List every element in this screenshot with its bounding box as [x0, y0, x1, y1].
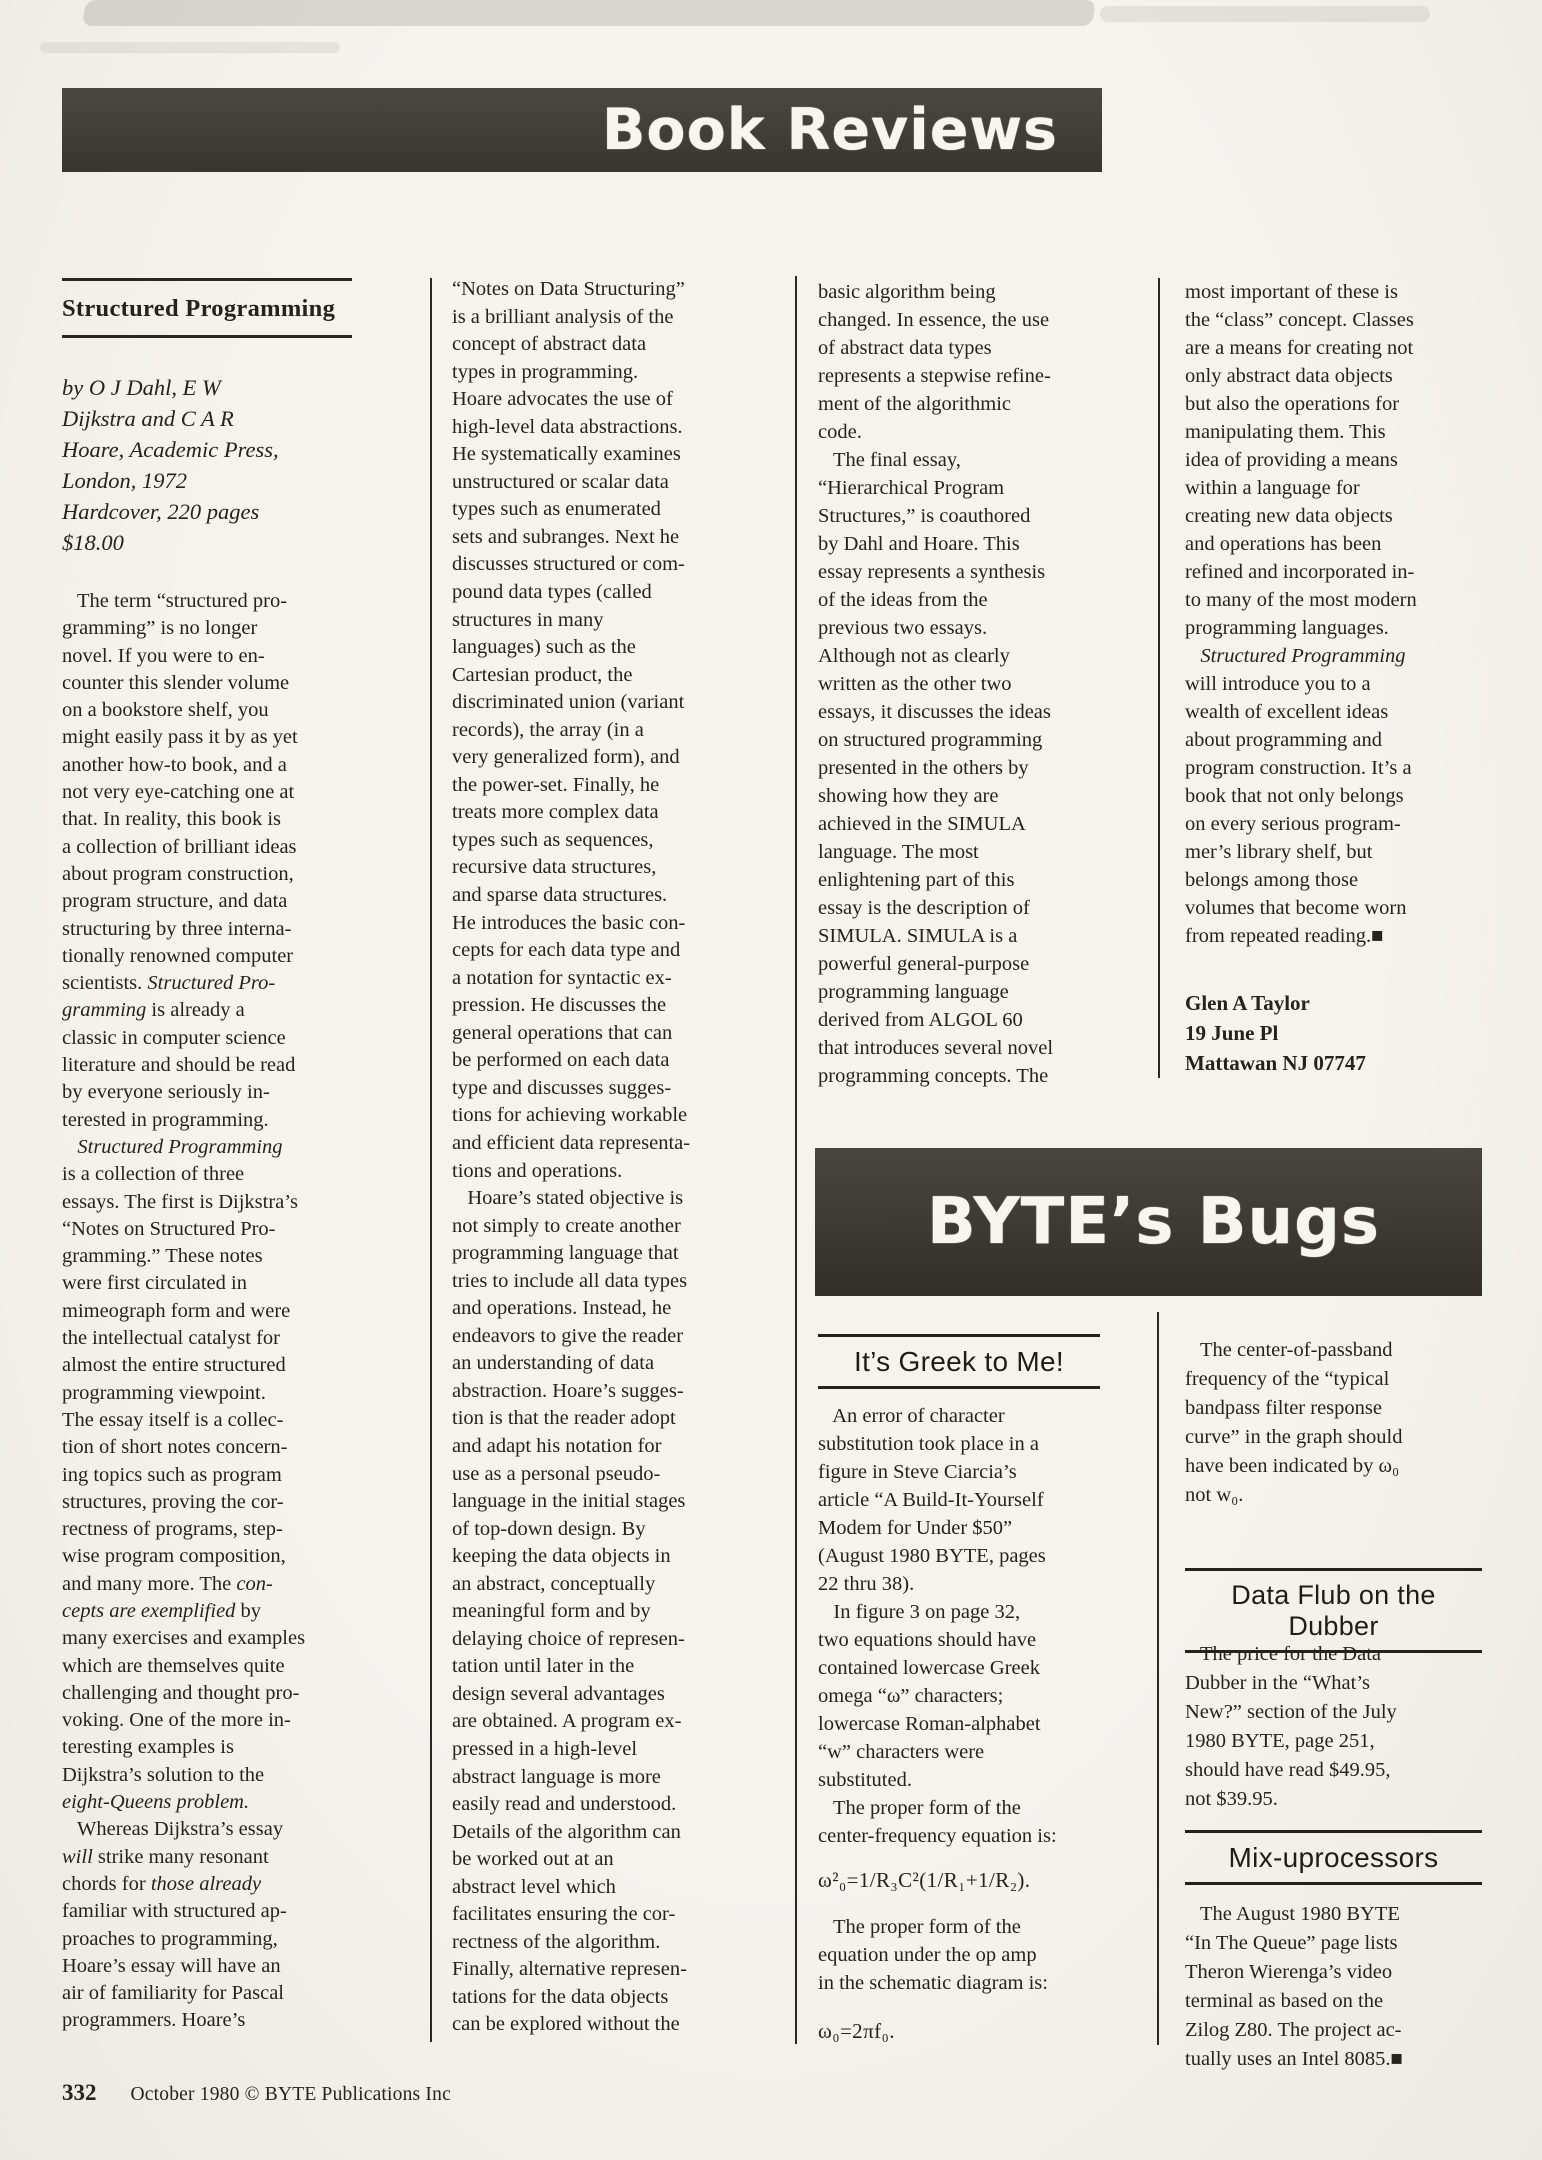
text-line: counter this slender volume [62, 670, 367, 697]
text-line: powerful general-purpose [818, 950, 1148, 978]
text-line: frequency of the “typical [1185, 1365, 1485, 1394]
text-line: sets and subranges. Next he [452, 524, 787, 552]
text-line: is a brilliant analysis of the [452, 304, 787, 332]
text-line: cepts are exemplified by [62, 1598, 367, 1625]
reviewer-signature: Glen A Taylor19 June PlMattawan NJ 07747 [1185, 988, 1485, 1078]
text-line: terested in programming. [62, 1107, 367, 1134]
mix-heading: Mix-uprocessors [1229, 1842, 1439, 1873]
text-line: from repeated reading.■ [1185, 922, 1485, 950]
text-line: essays, it discusses the ideas [818, 698, 1148, 726]
text-line: tion is that the reader adopt [452, 1405, 787, 1433]
text-line: almost the entire structured [62, 1352, 367, 1379]
omega-equation: ω₀=2πf₀. [818, 2019, 1118, 2044]
text-line: classic in computer science [62, 1025, 367, 1052]
text-line: achieved in the SIMULA [818, 810, 1148, 838]
text-line: delaying choice of represen- [452, 1626, 787, 1654]
text-line: and operations. Instead, he [452, 1295, 787, 1323]
text-line: equation under the op amp [818, 1941, 1118, 1969]
text-line: wealth of excellent ideas [1185, 698, 1485, 726]
text-line: and operations has been [1185, 530, 1485, 558]
text-line: might easily pass it by as yet [62, 724, 367, 751]
text-line: and many more. The con- [62, 1571, 367, 1598]
text-line: The final essay, [818, 446, 1148, 474]
text-line: tries to include all data types [452, 1268, 787, 1296]
text-line: familiar with structured ap- [62, 1898, 367, 1925]
text-line: article “A Build-It-Yourself [818, 1486, 1118, 1514]
text-line: have been indicated by ω₀ [1185, 1452, 1485, 1481]
text-line: terminal as based on the [1185, 1987, 1485, 2016]
text-line: omega “ω” characters; [818, 1682, 1118, 1710]
text-line: Hoare, Academic Press, [62, 434, 362, 465]
text-line: general operations that can [452, 1020, 787, 1048]
text-line: on structured programming [818, 726, 1148, 754]
text-line: “Notes on Data Structuring” [452, 276, 787, 304]
text-line: will strike many resonant [62, 1844, 367, 1871]
text-line: represents a stepwise refine- [818, 362, 1148, 390]
column-divider [430, 278, 432, 2042]
text-line: types such as enumerated [452, 496, 787, 524]
text-line: substituted. [818, 1766, 1118, 1794]
text-line: ment of the algorithmic [818, 390, 1148, 418]
review-column-4: most important of these isthe “class” co… [1185, 278, 1485, 950]
text-line: The proper form of the [818, 1913, 1118, 1941]
text-line: ing topics such as program [62, 1462, 367, 1489]
text-line: easily read and understood. [452, 1791, 787, 1819]
text-line: chords for those already [62, 1871, 367, 1898]
text-line: but also the operations for [1185, 390, 1485, 418]
text-line: air of familiarity for Pascal [62, 1980, 367, 2007]
text-line: changed. In essence, the use [818, 306, 1148, 334]
text-line: 19 June Pl [1185, 1018, 1485, 1048]
text-line: languages) such as the [452, 634, 787, 662]
text-line: proaches to programming, [62, 1926, 367, 1953]
text-line: Glen A Taylor [1185, 988, 1485, 1018]
text-line: enlightening part of this [818, 866, 1148, 894]
greek-heading: It’s Greek to Me! [854, 1346, 1064, 1377]
text-line: concept of abstract data [452, 331, 787, 359]
text-line: rectness of the algorithm. [452, 1929, 787, 1957]
text-line: pound data types (called [452, 579, 787, 607]
mix-paragraph: The August 1980 BYTE“In The Queue” page … [1185, 1900, 1485, 2074]
text-line: not simply to create another [452, 1213, 787, 1241]
text-line: programming language that [452, 1240, 787, 1268]
text-line: essay represents a synthesis [818, 558, 1148, 586]
text-line: treats more complex data [452, 799, 787, 827]
text-line: programming viewpoint. [62, 1380, 367, 1407]
text-line: teresting examples is [62, 1734, 367, 1761]
text-line: not $39.95. [1185, 1785, 1485, 1814]
text-line: of abstract data types [818, 334, 1148, 362]
text-line: structures, proving the cor- [62, 1489, 367, 1516]
text-line: should have read $49.95, [1185, 1756, 1485, 1785]
text-line: basic algorithm being [818, 278, 1148, 306]
text-line: are a means for creating not [1185, 334, 1485, 362]
text-line: 22 thru 38). [818, 1570, 1118, 1598]
text-line: novel. If you were to en- [62, 643, 367, 670]
text-line: gramming.” These notes [62, 1243, 367, 1270]
bytes-bugs-banner: BYTE’s Bugs [815, 1148, 1482, 1296]
text-line: an abstract, conceptually [452, 1571, 787, 1599]
text-line: An error of character [818, 1402, 1118, 1430]
text-line: Hoare’s stated objective is [452, 1185, 787, 1213]
text-line: meaningful form and by [452, 1598, 787, 1626]
text-line: the intellectual catalyst for [62, 1325, 367, 1352]
text-line: pressed in a high-level [452, 1736, 787, 1764]
text-line: most important of these is [1185, 278, 1485, 306]
text-line: Structured Programming [62, 1134, 367, 1161]
review-title: Structured Programming [62, 295, 352, 323]
review-title-block: Structured Programming [62, 278, 352, 338]
text-line: center-frequency equation is: [818, 1822, 1118, 1850]
column-divider [795, 276, 797, 2044]
text-line: challenging and thought pro- [62, 1680, 367, 1707]
text-line: recursive data structures, [452, 854, 787, 882]
text-line: lowercase Roman-alphabet [818, 1710, 1118, 1738]
text-line: only abstract data objects [1185, 362, 1485, 390]
text-line: written as the other two [818, 670, 1148, 698]
text-line: wise program composition, [62, 1543, 367, 1570]
text-line: “In The Queue” page lists [1185, 1929, 1485, 1958]
text-line: contained lowercase Greek [818, 1654, 1118, 1682]
text-line: types such as sequences, [452, 827, 787, 855]
text-line: derived from ALGOL 60 [818, 1006, 1148, 1034]
text-line: gramming is already a [62, 997, 367, 1024]
greek-paragraphs: The proper form of theequation under the… [818, 1913, 1118, 1997]
text-line: types in programming. [452, 359, 787, 387]
text-line: Cartesian product, the [452, 662, 787, 690]
text-line: Dijkstra’s solution to the [62, 1762, 367, 1789]
text-line: The proper form of the [818, 1794, 1118, 1822]
text-line: The August 1980 BYTE [1185, 1900, 1485, 1929]
text-line: tionally renowned computer [62, 943, 367, 970]
text-line: structuring by three interna- [62, 916, 367, 943]
text-line: Zilog Z80. The project ac- [1185, 2016, 1485, 2045]
text-line: tion of short notes concern- [62, 1434, 367, 1461]
text-line: code. [818, 418, 1148, 446]
text-line: eight-Queens problem. [62, 1789, 367, 1816]
text-line: belongs among those [1185, 866, 1485, 894]
text-line: keeping the data objects in [452, 1543, 787, 1571]
text-line: gramming” is no longer [62, 615, 367, 642]
text-line: can be explored without the [452, 2011, 787, 2039]
text-line: manipulating them. This [1185, 418, 1485, 446]
scan-artifact [40, 42, 340, 53]
text-line: mimeograph form and were [62, 1298, 367, 1325]
text-line: Modem for Under $50” [818, 1514, 1118, 1542]
text-line: Finally, alternative represen- [452, 1956, 787, 1984]
text-line: Dijkstra and C A R [62, 403, 362, 434]
text-line: by O J Dahl, E W [62, 372, 362, 403]
text-line: program structure, and data [62, 888, 367, 915]
text-line: discriminated union (variant [452, 689, 787, 717]
text-line: pression. He discusses the [452, 992, 787, 1020]
text-line: unstructured or scalar data [452, 469, 787, 497]
review-column-2: “Notes on Data Structuring”is a brillian… [452, 276, 787, 2039]
text-line: showing how they are [818, 782, 1148, 810]
text-line: (August 1980 BYTE, pages [818, 1542, 1118, 1570]
text-line: not w₀. [1185, 1481, 1485, 1510]
text-line: refined and incorporated in- [1185, 558, 1485, 586]
text-line: programming language [818, 978, 1148, 1006]
text-line: not very eye-catching one at [62, 779, 367, 806]
text-line: high-level data abstractions. [452, 414, 787, 442]
text-line: program construction. It’s a [1185, 754, 1485, 782]
text-line: bandpass filter response [1185, 1394, 1485, 1423]
text-line: the “class” concept. Classes [1185, 306, 1485, 334]
center-frequency-equation: ω²₀=1/R₃C²(1/R₁+1/R₂). [818, 1868, 1118, 1893]
review-column-1: The term “structured pro-gramming” is no… [62, 588, 367, 2035]
text-line: “w” characters were [818, 1738, 1118, 1766]
text-line: the power-set. Finally, he [452, 772, 787, 800]
text-line: and sparse data structures. [452, 882, 787, 910]
passband-paragraph: The center-of-passbandfrequency of the “… [1185, 1336, 1485, 1510]
text-line: discusses structured or com- [452, 551, 787, 579]
page-footer: 332 October 1980 © BYTE Publications Inc [62, 2080, 451, 2106]
text-line: essay is the description of [818, 894, 1148, 922]
text-line: structures in many [452, 607, 787, 635]
text-line: tions for achieving workable [452, 1102, 787, 1130]
text-line: tions and operations. [452, 1158, 787, 1186]
text-line: Details of the algorithm can [452, 1819, 787, 1847]
dataflub-paragraph: The price for the DataDubber in the “Wha… [1185, 1640, 1485, 1814]
book-reviews-banner: Book Reviews [62, 88, 1102, 172]
text-line: many exercises and examples [62, 1625, 367, 1652]
text-line: a notation for syntactic ex- [452, 965, 787, 993]
text-line: and efficient data representa- [452, 1130, 787, 1158]
text-line: tations for the data objects [452, 1984, 787, 2012]
greek-paragraphs: An error of charactersubstitution took p… [818, 1402, 1118, 1850]
book-reviews-banner-title: Book Reviews [602, 97, 1058, 163]
text-line: design several advantages [452, 1681, 787, 1709]
text-line: of top-down design. By [452, 1516, 787, 1544]
text-line: idea of providing a means [1185, 446, 1485, 474]
text-line: about programming and [1185, 726, 1485, 754]
text-line: $18.00 [62, 527, 362, 558]
text-line: type and discusses sugges- [452, 1075, 787, 1103]
text-line: “Notes on Structured Pro- [62, 1216, 367, 1243]
text-line: within a language for [1185, 474, 1485, 502]
footer-credit: October 1980 © BYTE Publications Inc [131, 2084, 451, 2106]
text-line: The price for the Data [1185, 1640, 1485, 1669]
text-line: SIMULA. SIMULA is a [818, 922, 1148, 950]
text-line: Hardcover, 220 pages [62, 496, 362, 527]
text-line: is a collection of three [62, 1161, 367, 1188]
text-line: use as a personal pseudo- [452, 1461, 787, 1489]
text-line: programming concepts. The [818, 1062, 1148, 1090]
text-line: to many of the most modern [1185, 586, 1485, 614]
review-column-3: basic algorithm beingchanged. In essence… [818, 278, 1148, 1090]
text-line: previous two essays. [818, 614, 1148, 642]
greek-section-body: An error of charactersubstitution took p… [818, 1402, 1118, 2044]
page-number: 332 [62, 2080, 97, 2106]
text-line: which are themselves quite [62, 1653, 367, 1680]
text-line: Although not as clearly [818, 642, 1148, 670]
text-line: are obtained. A program ex- [452, 1708, 787, 1736]
text-line: be performed on each data [452, 1047, 787, 1075]
text-line: Dubber in the “What’s [1185, 1669, 1485, 1698]
text-line: Mattawan NJ 07747 [1185, 1048, 1485, 1078]
text-line: abstract level which [452, 1874, 787, 1902]
text-line: by Dahl and Hoare. This [818, 530, 1148, 558]
text-line: creating new data objects [1185, 502, 1485, 530]
text-line: curve” in the graph should [1185, 1423, 1485, 1452]
text-line: on a bookstore shelf, you [62, 697, 367, 724]
text-line: in the schematic diagram is: [818, 1969, 1118, 1997]
text-line: will introduce you to a [1185, 670, 1485, 698]
text-line: essays. The first is Dijkstra’s [62, 1189, 367, 1216]
text-line: scientists. Structured Pro- [62, 970, 367, 997]
text-line: book that not only belongs [1185, 782, 1485, 810]
greek-heading-block: It’s Greek to Me! [818, 1334, 1100, 1389]
text-line: Whereas Dijkstra’s essay [62, 1816, 367, 1843]
text-line: tually uses an Intel 8085.■ [1185, 2045, 1485, 2074]
text-line: by everyone seriously in- [62, 1079, 367, 1106]
bytes-bugs-banner-title: BYTE’s Bugs [927, 1185, 1380, 1259]
text-line: two equations should have [818, 1626, 1118, 1654]
text-line: “Hierarchical Program [818, 474, 1148, 502]
text-line: another how-to book, and a [62, 752, 367, 779]
text-line: facilitates ensuring the cor- [452, 1901, 787, 1929]
text-line: that. In reality, this book is [62, 806, 367, 833]
text-line: volumes that become worn [1185, 894, 1485, 922]
text-line: presented in the others by [818, 754, 1148, 782]
scan-artifact [82, 0, 1096, 26]
text-line: Hoare advocates the use of [452, 386, 787, 414]
scan-artifact [1100, 6, 1430, 22]
text-line: of the ideas from the [818, 586, 1148, 614]
text-line: substitution took place in a [818, 1430, 1118, 1458]
text-line: He systematically examines [452, 441, 787, 469]
text-line: language. The most [818, 838, 1148, 866]
column-divider [1157, 1312, 1159, 2045]
text-line: Hoare’s essay will have an [62, 1953, 367, 1980]
text-line: tation until later in the [452, 1653, 787, 1681]
text-line: were first circulated in [62, 1270, 367, 1297]
text-line: The term “structured pro- [62, 588, 367, 615]
text-line: New?” section of the July [1185, 1698, 1485, 1727]
text-line: figure in Steve Ciarcia’s [818, 1458, 1118, 1486]
text-line: very generalized form), and [452, 744, 787, 772]
text-line: voking. One of the more in- [62, 1707, 367, 1734]
text-line: literature and should be read [62, 1052, 367, 1079]
text-line: London, 1972 [62, 465, 362, 496]
text-line: Structures,” is coauthored [818, 502, 1148, 530]
text-line: He introduces the basic con- [452, 910, 787, 938]
text-line: a collection of brilliant ideas [62, 834, 367, 861]
text-line: 1980 BYTE, page 251, [1185, 1727, 1485, 1756]
text-line: be worked out at an [452, 1846, 787, 1874]
text-line: that introduces several novel [818, 1034, 1148, 1062]
text-line: language in the initial stages [452, 1488, 787, 1516]
column-divider [1158, 278, 1160, 1078]
text-line: on every serious program- [1185, 810, 1485, 838]
text-line: cepts for each data type and [452, 937, 787, 965]
text-line: an understanding of data [452, 1350, 787, 1378]
text-line: The essay itself is a collec- [62, 1407, 367, 1434]
text-line: In figure 3 on page 32, [818, 1598, 1118, 1626]
text-line: about program construction, [62, 861, 367, 888]
text-line: The center-of-passband [1185, 1336, 1485, 1365]
text-line: programming languages. [1185, 614, 1485, 642]
text-line: abstraction. Hoare’s sugges- [452, 1378, 787, 1406]
text-line: records), the array (in a [452, 717, 787, 745]
text-line: abstract language is more [452, 1764, 787, 1792]
text-line: programmers. Hoare’s [62, 2007, 367, 2034]
text-line: Theron Wierenga’s video [1185, 1958, 1485, 1987]
dataflub-heading: Data Flub on the Dubber [1231, 1580, 1435, 1641]
review-byline: by O J Dahl, E WDijkstra and C A RHoare,… [62, 372, 362, 558]
text-line: mer’s library shelf, but [1185, 838, 1485, 866]
text-line: and adapt his notation for [452, 1433, 787, 1461]
text-line: endeavors to give the reader [452, 1323, 787, 1351]
text-line: Structured Programming [1185, 642, 1485, 670]
text-line: rectness of programs, step- [62, 1516, 367, 1543]
mix-heading-block: Mix-uprocessors [1185, 1830, 1482, 1885]
magazine-page: Book Reviews Structured Programming by O… [0, 0, 1542, 2160]
